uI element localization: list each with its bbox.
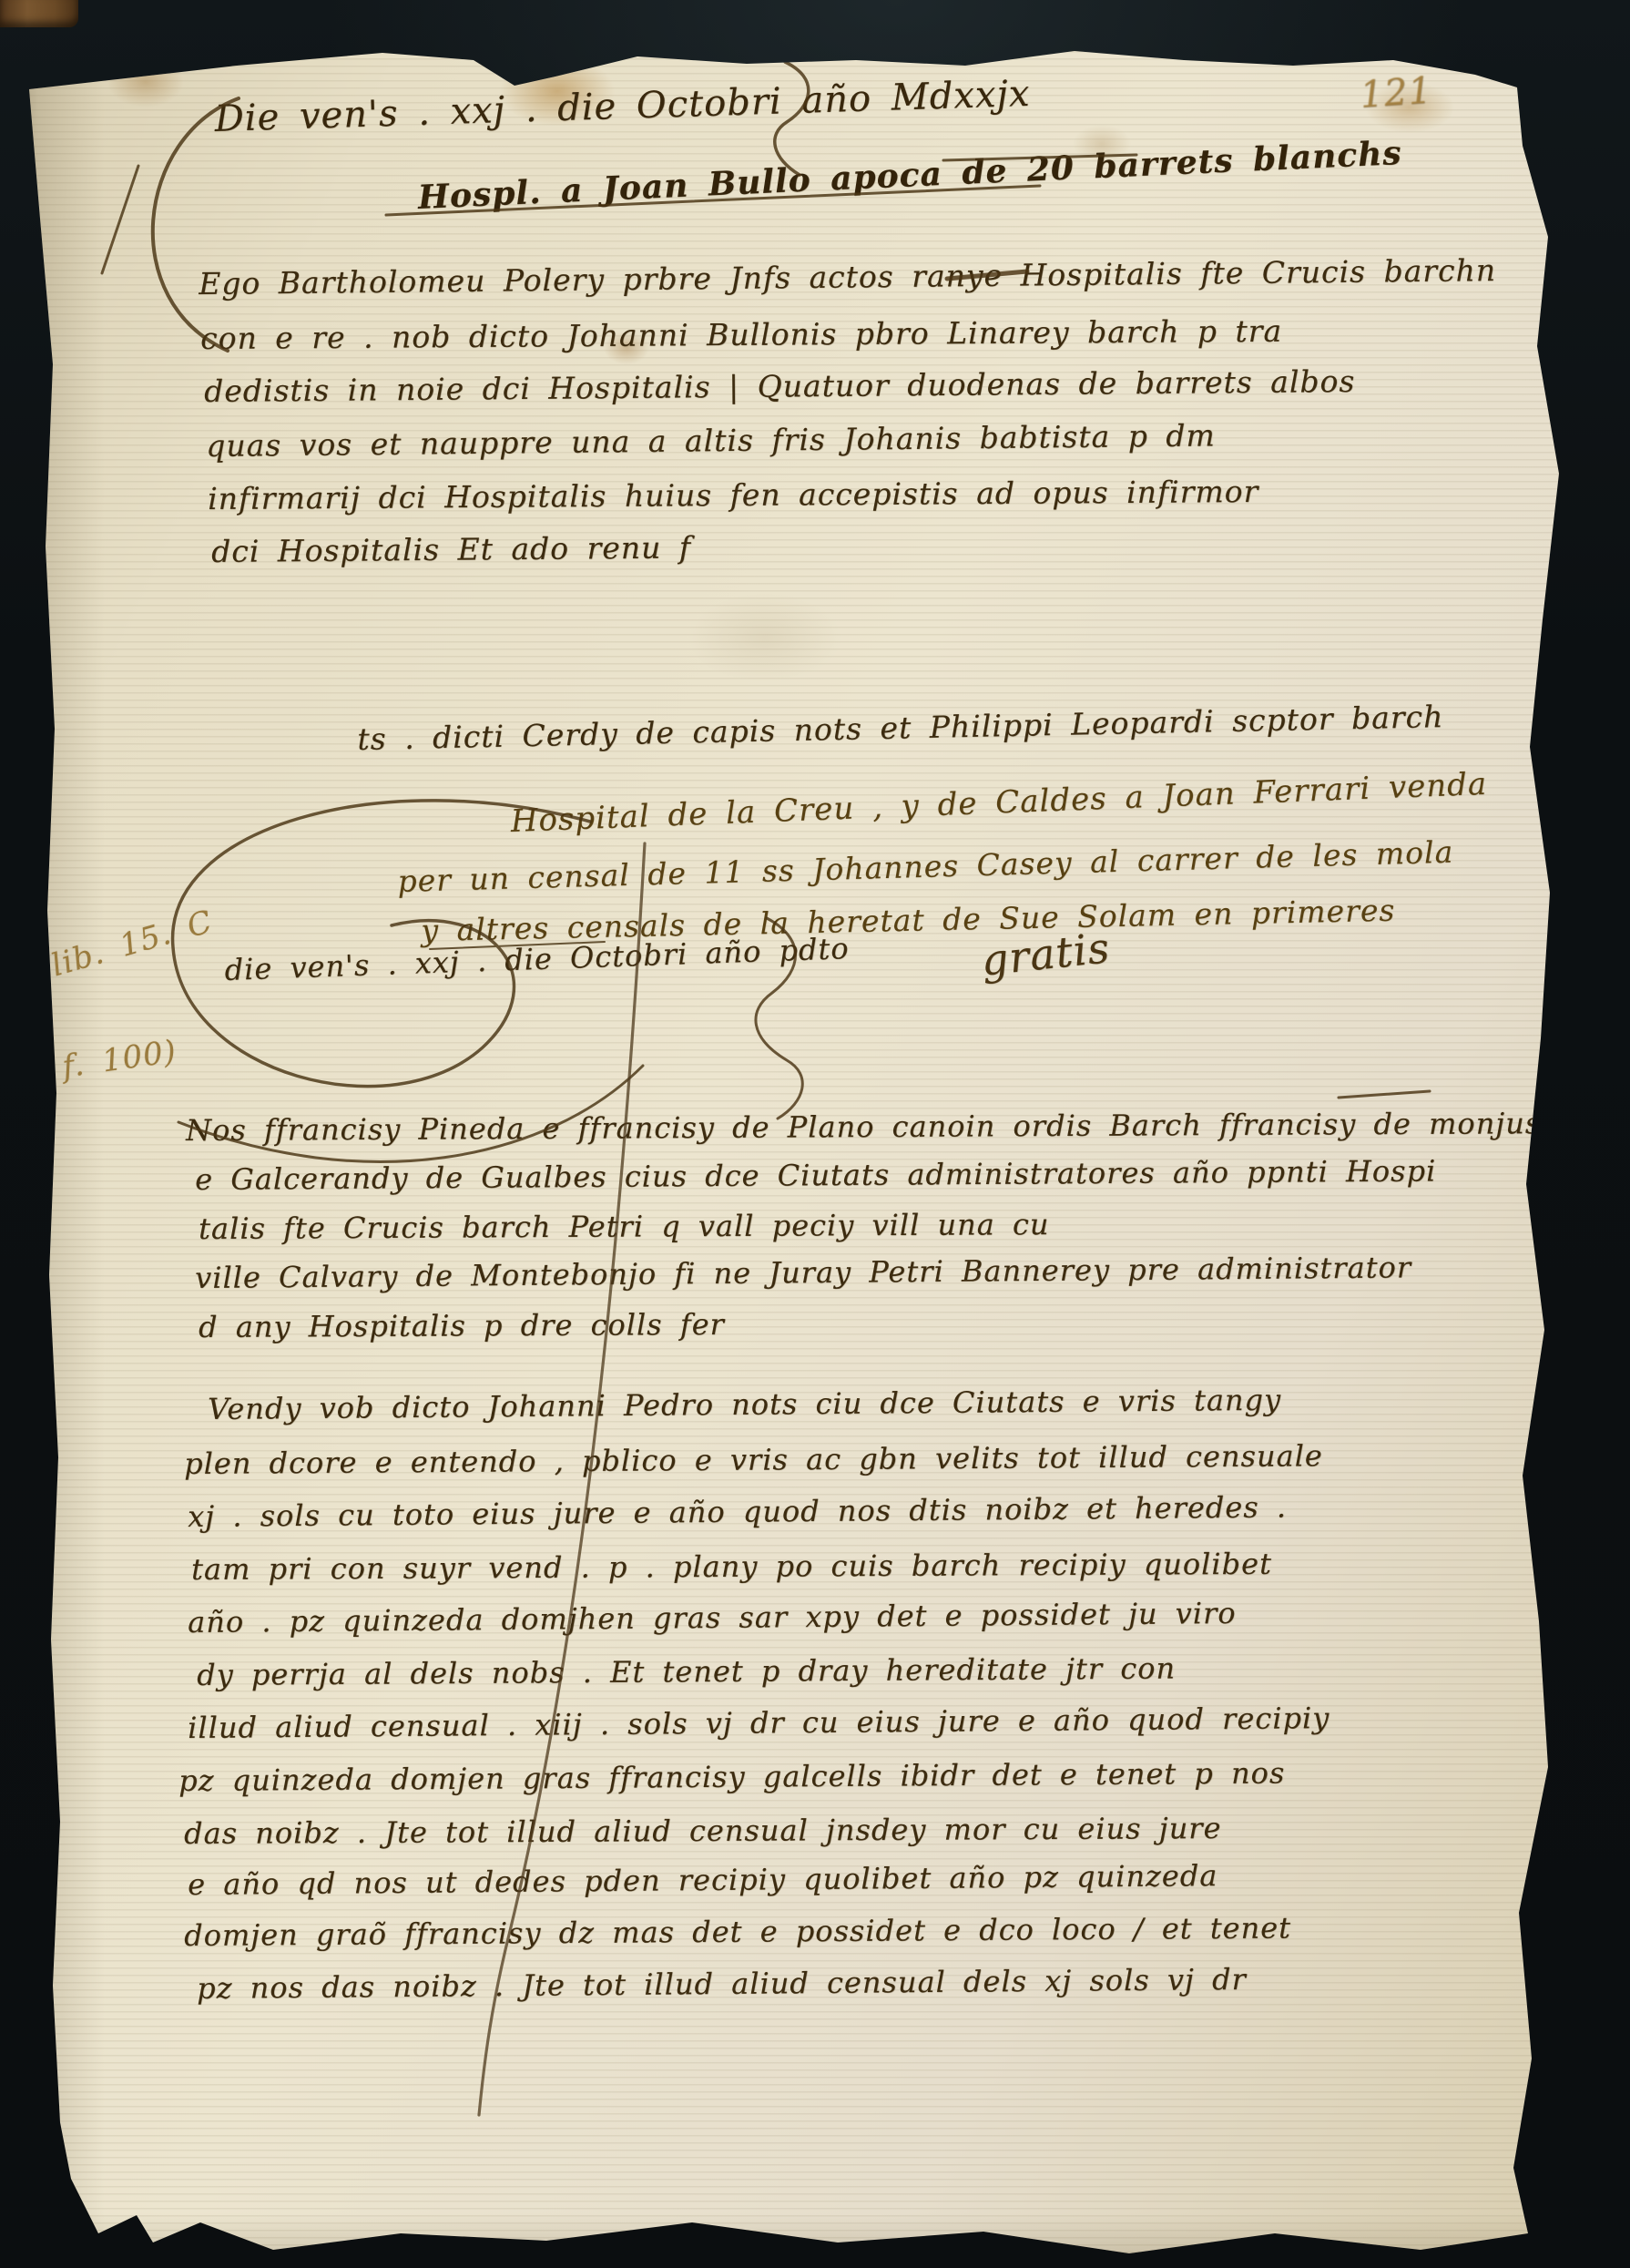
- overline-dash: [1339, 1091, 1430, 1098]
- entry2-rubric-line: per un censal de 11 ss Johannes Casey al…: [397, 834, 1454, 899]
- manuscript-line: illud aliud censual . xiij . sols vj dr …: [188, 1701, 1329, 1745]
- manuscript-line: Nos ffrancisy Pineda e ffrancisy de Plan…: [186, 1106, 1541, 1148]
- manuscript-line: dedistis in noie dci Hospitalis | Quatuo…: [204, 363, 1356, 409]
- manuscript-line: año . pz quinzeda domjhen gras sar xpy d…: [188, 1596, 1237, 1640]
- margin-note-book: lib. 15. C: [47, 904, 217, 985]
- photograph-background: 121 Die ven's . xxj . die Octobri año Md…: [0, 0, 1630, 2268]
- manuscript-line: d any Hospitalis p dre colls fer: [199, 1307, 725, 1344]
- entry2-rubric-line: y altres censals de la heretat de Sue So…: [421, 893, 1396, 948]
- manuscript-line: ville Calvary de Montebonjo fi ne Juray …: [195, 1250, 1411, 1295]
- manuscript-line: dy perrja al dels nobs . Et tenet p dray…: [197, 1650, 1176, 1692]
- manuscript-line: dci Hospitalis Et ado renu f: [211, 529, 691, 569]
- manuscript-line: pz nos das noibz . Jte tot illud aliud c…: [197, 1962, 1247, 2006]
- manuscript-line: plen dcore e entendo , pblico e vris ac …: [184, 1438, 1323, 1481]
- manuscript-line: pz quinzeda domjen gras ffrancisy galcel…: [178, 1756, 1285, 1798]
- manuscript-line: talis fte Crucis barch Petri q vall peci…: [199, 1207, 1050, 1246]
- entry1-date-line: Die ven's . xxj . die Octobri año Mdxxjx: [214, 73, 1031, 140]
- paragraph-slash: [102, 166, 138, 273]
- manuscript-line: domjen graõ ffrancisy dz mas det e possi…: [184, 1911, 1291, 1953]
- manuscript-line: con e re . nob dicto Johanni Bullonis pb…: [200, 313, 1282, 356]
- witnesses-line: ts . dicti Cerdy de capis nots et Philip…: [357, 699, 1444, 757]
- manuscript-line: quas vos et nauppre una a altis fris Joh…: [206, 417, 1216, 464]
- manuscript-line: Ego Bartholomeu Polery prbre Jnfs actos …: [199, 252, 1496, 301]
- entry1-struck-title: Hospl. a Joan Bullo apoca de 20 barrets …: [417, 134, 1402, 217]
- manuscript-line: e Galcerandy de Gualbes cius dce Ciutats…: [195, 1153, 1436, 1197]
- manuscript-line: xj . sols cu toto eius jure e año quod n…: [188, 1489, 1287, 1534]
- binding-tab: [0, 0, 78, 27]
- manuscript-line: e año qd nos ut dedes pden recipiy quoli…: [188, 1858, 1217, 1902]
- manuscript-line: Vendy vob dicto Johanni Pedro nots ciu d…: [208, 1383, 1281, 1426]
- manuscript-page: 121 Die ven's . xxj . die Octobri año Md…: [0, 0, 1630, 2268]
- manuscript-line: das noibz . Jte tot illud aliud censual …: [184, 1811, 1222, 1851]
- folio-number: 121: [1359, 69, 1433, 116]
- entry2-rubric-line: Hospital de la Creu , y de Caldes a Joan…: [510, 766, 1488, 840]
- manuscript-line: infirmarij dci Hospitalis huius fen acce…: [208, 474, 1258, 516]
- margin-note-folio: f. 100): [60, 1033, 178, 1085]
- manuscript-line: tam pri con suyr vend . p . plany po cui…: [191, 1547, 1272, 1587]
